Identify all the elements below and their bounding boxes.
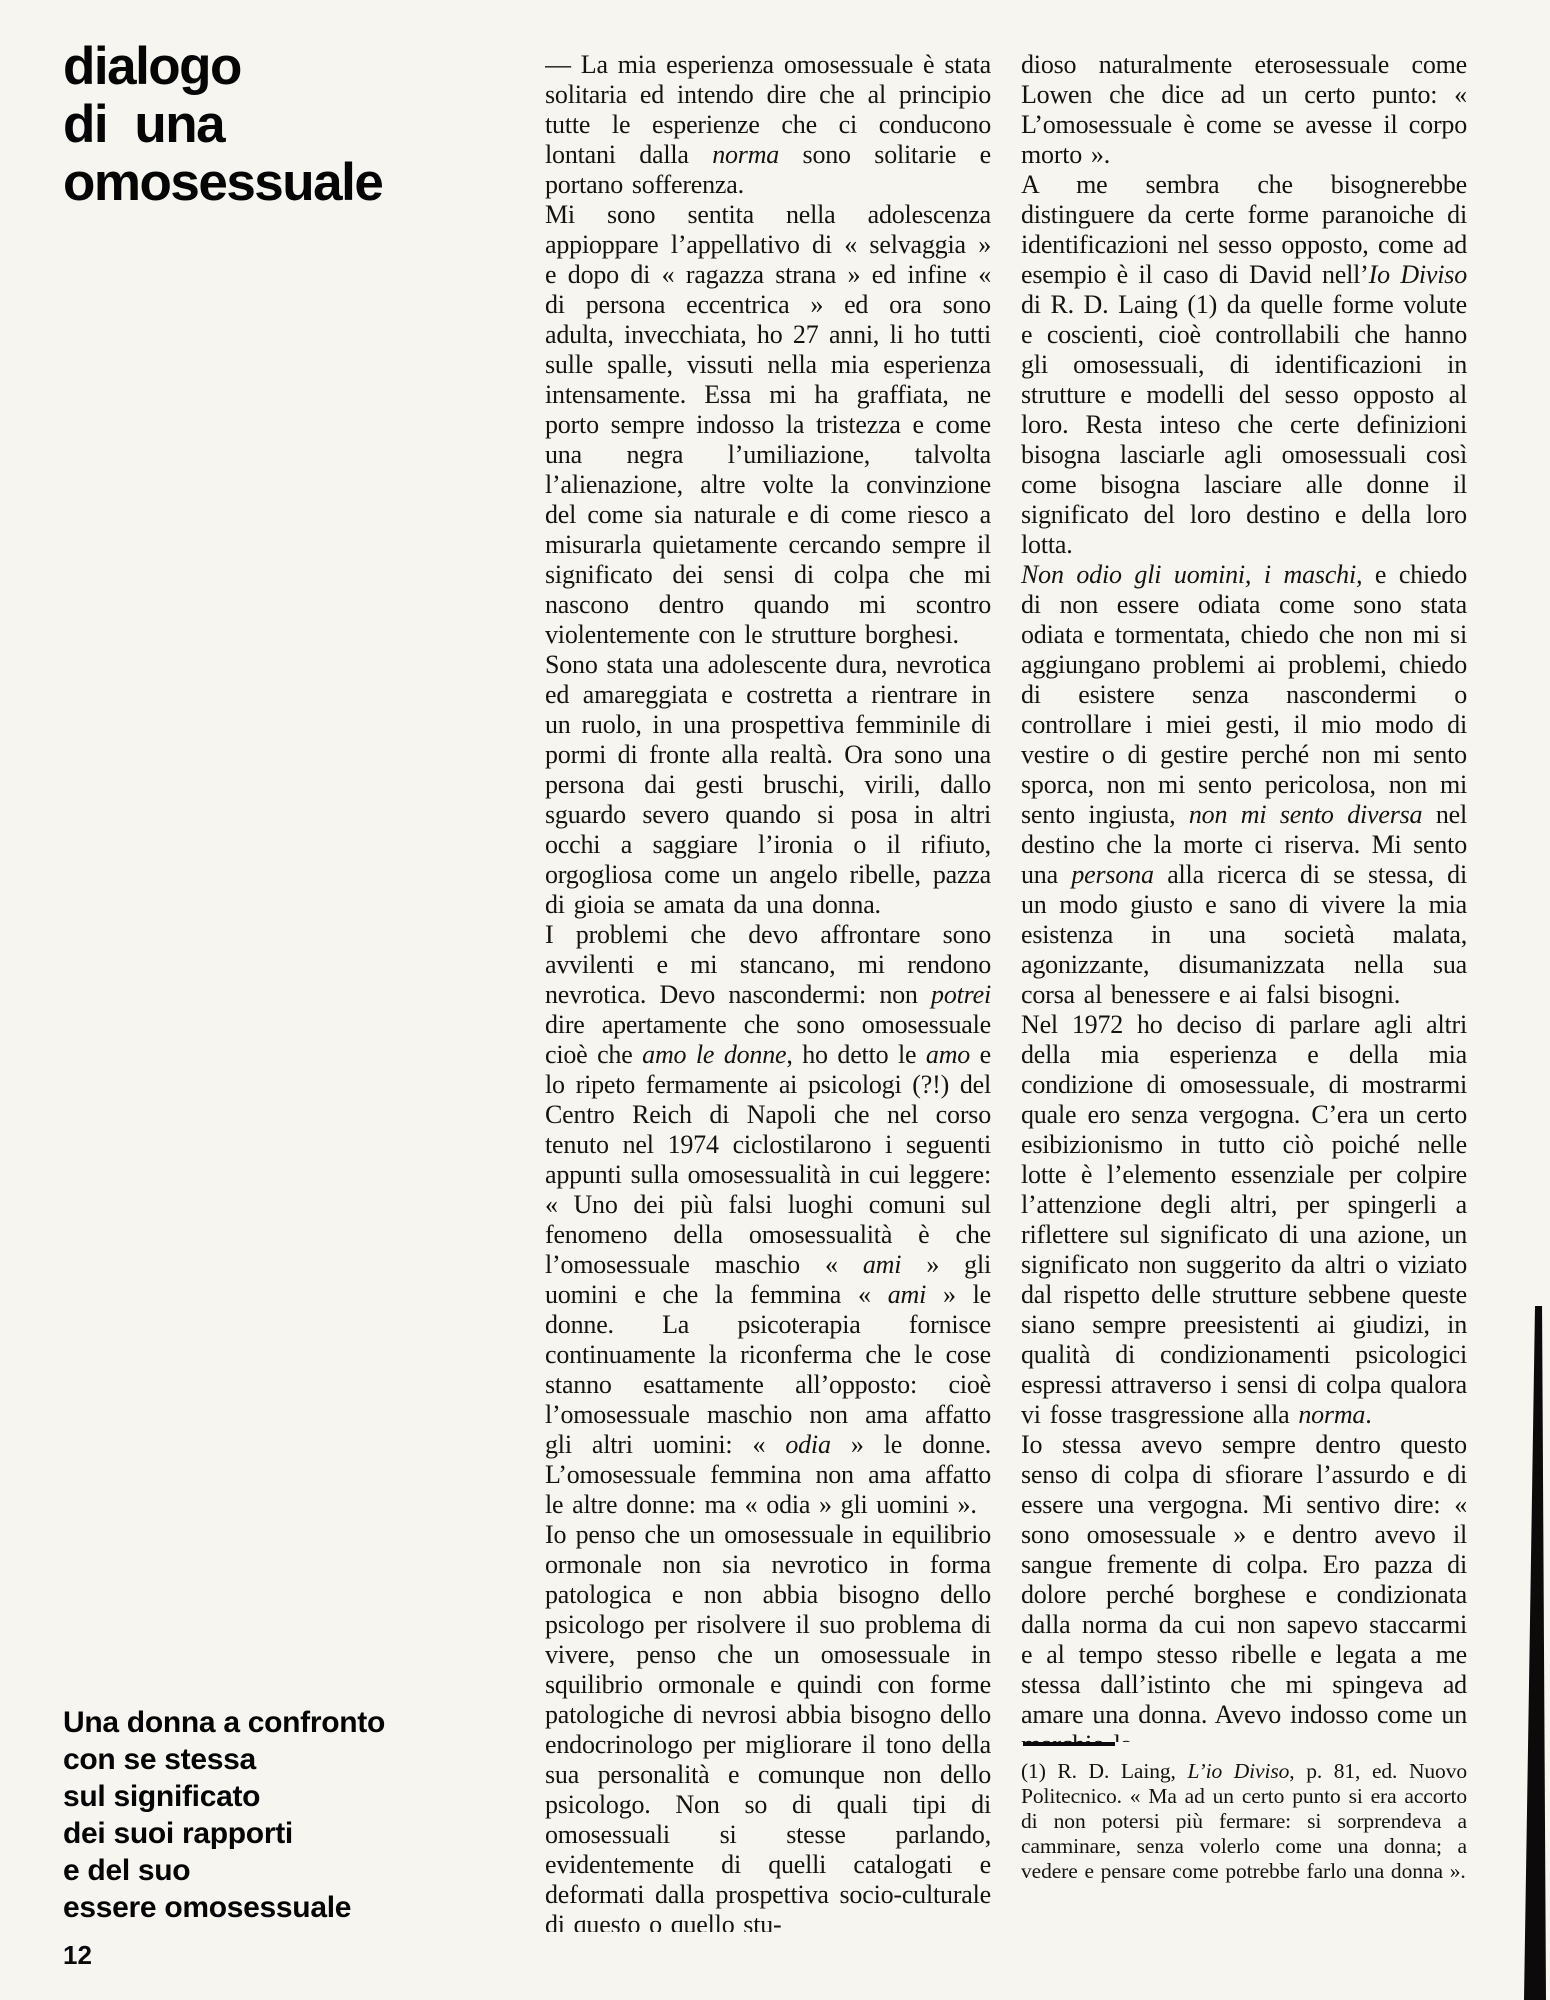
deck-line-3: sul significato	[63, 1778, 385, 1815]
deck-line-5: e del suo	[63, 1852, 385, 1889]
paragraph: Nel 1972 ho deciso di parlare agli altri…	[1021, 1010, 1467, 1430]
magazine-page: dialogo di una omosessuale — La mia espe…	[0, 0, 1550, 2000]
text-column-right: dioso naturalmente eterosessuale come Lo…	[1021, 50, 1467, 1742]
paragraph: Non odio gli uomini, i maschi, e chiedo …	[1021, 560, 1467, 1010]
paragraph: (1) R. D. Laing, L’io Diviso, p. 81, ed.…	[1021, 1759, 1467, 1884]
title-line-2: di una	[63, 96, 382, 154]
deck-line-2: con se stessa	[63, 1741, 385, 1778]
title-line-3: omosessuale	[63, 154, 382, 212]
text-column-left: — La mia esperienza omosessuale è stata …	[545, 50, 991, 1932]
deck-line-1: Una donna a confronto	[63, 1704, 385, 1741]
footnote: (1) R. D. Laing, L’io Diviso, p. 81, ed.…	[1021, 1742, 1467, 1884]
paragraph: Io penso che un omosessuale in equilibri…	[545, 1520, 991, 1932]
title-line-1: dialogo	[63, 38, 382, 96]
paragraph: I problemi che devo affrontare sono avvi…	[545, 920, 991, 1520]
deck-line-4: dei suoi rapporti	[63, 1815, 385, 1852]
paragraph: — La mia esperienza omosessuale è stata …	[545, 50, 991, 200]
paragraph: Mi sono sentita nella adolescenza appiop…	[545, 200, 991, 650]
paragraph: A me sembra che bisognerebbe distinguere…	[1021, 170, 1467, 560]
deck-line-6: essere omosessuale	[63, 1889, 385, 1926]
article-deck: Una donna a confronto con se stessa sul …	[63, 1704, 385, 1926]
article-title: dialogo di una omosessuale	[63, 38, 382, 212]
footnote-rule	[1023, 1742, 1115, 1746]
paragraph: Io stessa avevo sempre dentro questo sen…	[1021, 1430, 1467, 1742]
page-number: 12	[63, 1940, 92, 1971]
paragraph: Sono stata una adolescente dura, nevroti…	[545, 650, 991, 920]
footnote-text: (1) R. D. Laing, L’io Diviso, p. 81, ed.…	[1021, 1759, 1467, 1884]
paragraph: dioso naturalmente eterosessuale come Lo…	[1021, 50, 1467, 170]
scan-artifact-bar	[1524, 1306, 1546, 2000]
